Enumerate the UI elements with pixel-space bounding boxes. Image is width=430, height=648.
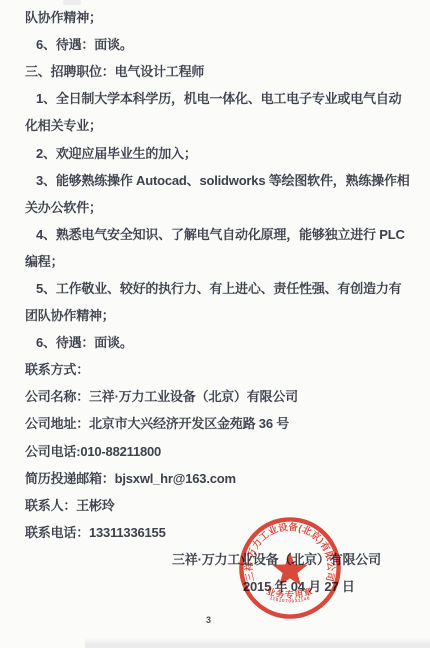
doc-line: 团队协作精神； bbox=[0, 301, 430, 328]
company-phone-line: 公司电话:010-88211800 bbox=[0, 437, 430, 464]
doc-line: 关办公软件； bbox=[0, 193, 430, 220]
doc-line: 4、熟悉电气安全知识、了解电气自动化原理，能够独立进行 PLC bbox=[0, 220, 430, 247]
doc-line: 5、工作敬业、较好的执行力、有上进心、责任性强、有创造力有 bbox=[0, 274, 430, 301]
contact-heading: 联系方式： bbox=[0, 355, 430, 382]
company-address-line: 公司地址：北京市大兴经济开发区金苑路 36 号 bbox=[0, 409, 430, 436]
seal-star-icon bbox=[272, 552, 307, 586]
section-heading: 三、招聘职位：电气设计工程师 bbox=[0, 57, 430, 84]
contact-person-line: 联系人：王彬玲 bbox=[0, 491, 430, 518]
scanned-document-page: 队协作精神； 6、待遇：面谈。 三、招聘职位：电气设计工程师 1、全日制大学本科… bbox=[0, 0, 430, 648]
company-seal: 三祥·万力工业设备(北京)有限公司 业务专用章 1101070031140 bbox=[237, 515, 343, 621]
resume-email-line: 简历投递邮箱：bjsxwl_hr@163.com bbox=[0, 464, 430, 491]
contact-phone-line: 联系电话：13311336155 bbox=[0, 518, 430, 545]
signature-company: 三祥·万力工业设备（北京）有限公司 bbox=[0, 545, 430, 572]
doc-line: 1、全日制大学本科学历，机电一体化、电工电子专业或电气自动 bbox=[0, 84, 430, 111]
company-name-line: 公司名称：三祥·万力工业设备（北京）有限公司 bbox=[0, 382, 430, 409]
doc-line: 化相关专业； bbox=[0, 111, 430, 138]
doc-line: 3、能够熟练操作 Autocad、solidworks 等绘图软件，熟练操作相 bbox=[0, 166, 430, 193]
page-number: 3 bbox=[206, 615, 211, 625]
scan-shadow bbox=[85, 637, 430, 648]
doc-line: 队协作精神； bbox=[0, 3, 430, 30]
doc-line: 6、待遇：面谈。 bbox=[0, 328, 430, 355]
doc-line: 6、待遇：面谈。 bbox=[0, 30, 430, 57]
doc-line: 编程； bbox=[0, 247, 430, 274]
signature-date: 2015 年 04 月 27 日 bbox=[0, 572, 430, 599]
doc-line: 2、欢迎应届毕业生的加入； bbox=[0, 138, 430, 165]
document-body: 队协作精神； 6、待遇：面谈。 三、招聘职位：电气设计工程师 1、全日制大学本科… bbox=[0, 3, 430, 599]
